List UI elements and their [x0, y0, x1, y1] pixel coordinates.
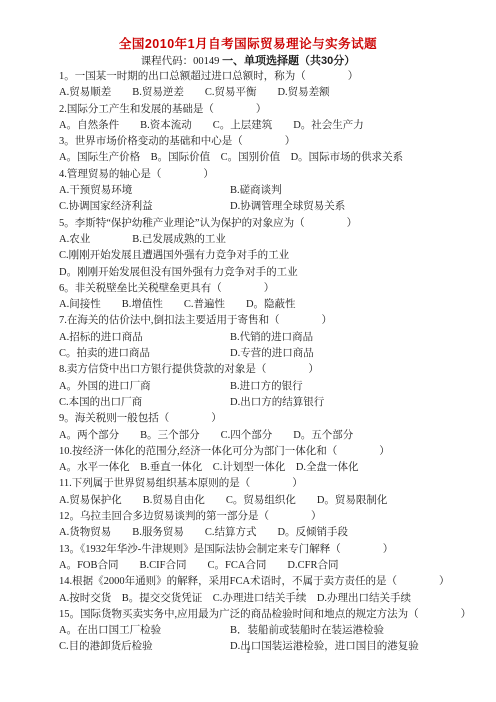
question-15-options-ab-right: B．装船前或装船时在装运港检验	[230, 625, 384, 636]
page-title: 全国2010年1月自考国际贸易理论与实务试题	[0, 34, 496, 52]
emphasis-mark: 不	[292, 576, 303, 587]
page-number: 1	[0, 645, 496, 655]
question-7-options-cd-left: C。拍卖的进口商品	[59, 346, 230, 362]
question-4-options-cd-right: D.协调管理全球贸易关系	[230, 201, 345, 212]
question-15-stem: 15。国际货物买卖实务中,应用最为广泛的商品检验时间和地点的规定方法为（ ）	[59, 607, 476, 623]
exam-page: 全国2010年1月自考国际贸易理论与实务试题 课程代码：00149 一、单项选择…	[0, 0, 496, 702]
question-7-options-cd: C。拍卖的进口商品D.专营的进口商品	[59, 346, 476, 362]
question-7-options-ab: A.招标的进口商品B.代销的进口商品	[59, 330, 476, 346]
question-3-options: A。国际生产价格 B。国际价值 C。国别价值 D。国际市场的供求关系	[59, 150, 476, 166]
course-code: 课程代码：00149	[141, 56, 220, 67]
question-7-options-ab-right: B.代销的进口商品	[230, 332, 313, 343]
question-12-options: A.货物贸易 B.服务贸易 C.结算方式 D。反倾销手段	[59, 525, 476, 541]
question-4-options-ab: A.干预贸易环境B.磋商谈判	[59, 183, 476, 199]
question-1-options: A.贸易顺差 B.贸易逆差 C.贸易平衡 D.贸易差额	[59, 85, 476, 101]
question-1-stem: 1。一国某一时期的出口总额超过进口总额时，称为（ ）	[59, 69, 476, 85]
question-4-options-cd-left: C.协调国家经济利益	[59, 199, 230, 215]
question-7-options-ab-left: A.招标的进口商品	[59, 330, 230, 346]
question-10-stem: 10.按经济一体化的范围分,经济一体化可分为部门一体化和（ ）	[59, 444, 476, 460]
question-5-stem: 5。李斯特“保护幼稚产业理论”认为保护的对象应为（ ）	[59, 216, 476, 232]
question-3-stem: 3。世界市场价格变动的基础和中心是（ ）	[59, 134, 476, 150]
question-7-options-cd-right: D.专营的进口商品	[230, 348, 314, 359]
question-11-options: A.贸易保护化 B.贸易自由化 C。贸易组织化 D。贸易限制化	[59, 493, 476, 509]
question-8-options-ab-right: B.进口方的银行	[230, 381, 303, 392]
section-heading-line: 课程代码：00149 一、单项选择题（共30分）	[0, 52, 496, 68]
question-2-stem: 2.国际分工产生和发展的基础是（ ）	[59, 102, 476, 118]
question-5-options-ab: A.农业 B.已发展成熟的工业	[59, 232, 476, 248]
question-14-options: A.按时交货 B。提交交货凭证 C.办理进口结关手续 D.办理出口结关手续	[59, 591, 476, 607]
question-4-options-cd: C.协调国家经济利益D.协调管理全球贸易关系	[59, 199, 476, 215]
question-10-options: A。水平一体化 B.垂直一体化 C.计划型一体化 D.全盘一体化	[59, 460, 476, 476]
question-13-stem: 13。《1932年华沙-牛津规则》是国际法协会制定来专门解释（ ）	[59, 542, 476, 558]
question-8-options-ab-left: A。外国的进口厂商	[59, 379, 230, 395]
question-15-options-ab: A。在出口国工厂检验B．装船前或装船时在装运港检验	[59, 623, 476, 639]
question-8-options-cd-left: C.本国的出口厂商	[59, 395, 230, 411]
question-8-options-ab: A。外国的进口厂商B.进口方的银行	[59, 379, 476, 395]
question-4-options-ab-right: B.磋商谈判	[230, 185, 282, 196]
question-4-stem: 4.管理贸易的轴心是（ ）	[59, 167, 476, 183]
question-8-options-cd: C.本国的出口厂商D.出口方的结算银行	[59, 395, 476, 411]
question-7-stem: 7.在海关的估价法中,倒扣法主要适用于寄售和（ ）	[59, 313, 476, 329]
section-heading: 一、单项选择题（共30分）	[222, 55, 355, 67]
question-5-option-c: C.刚刚开始发展且遭遇国外强有力竞争对手的工业	[59, 248, 476, 264]
question-14-stem: 14.根据《2000年通则》的解释，采用FCA术语时，不属于卖方责任的是（ ）	[59, 574, 476, 590]
question-2-options: A。自然条件 B.资本流动 C。上层建筑 D。社会生产力	[59, 118, 476, 134]
question-list: 1。一国某一时期的出口总额超过进口总额时，称为（ ）A.贸易顺差 B.贸易逆差 …	[59, 69, 476, 656]
question-5-option-d: D。刚刚开始发展但没有国外强有力竞争对手的工业	[59, 265, 476, 281]
question-13-options: A。FOB合同 B.CIF合同 C。FCA合同 D.CFR合同	[59, 558, 476, 574]
question-8-options-cd-right: D.出口方的结算银行	[230, 397, 324, 408]
question-11-stem: 11.下列属于世界贸易组织基本原则的是（ ）	[59, 476, 476, 492]
question-8-stem: 8.卖方信贷中出口方银行提供贷款的对象是（ ）	[59, 362, 476, 378]
question-9-stem: 9。海关税则一般包括（ ）	[59, 411, 476, 427]
question-15-options-ab-left: A。在出口国工厂检验	[59, 623, 230, 639]
question-9-options: A。两个部分 B。三个部分 C.四个部分 D。五个部分	[59, 428, 476, 444]
question-12-stem: 12。乌拉圭回合多边贸易谈判的第一部分是（ ）	[59, 509, 476, 525]
question-6-options: A.间接性 B.增值性 C.普遍性 D。隐蔽性	[59, 297, 476, 313]
question-6-stem: 6。非关税壁垒比关税壁垒更具有（ ）	[59, 281, 476, 297]
question-4-options-ab-left: A.干预贸易环境	[59, 183, 230, 199]
